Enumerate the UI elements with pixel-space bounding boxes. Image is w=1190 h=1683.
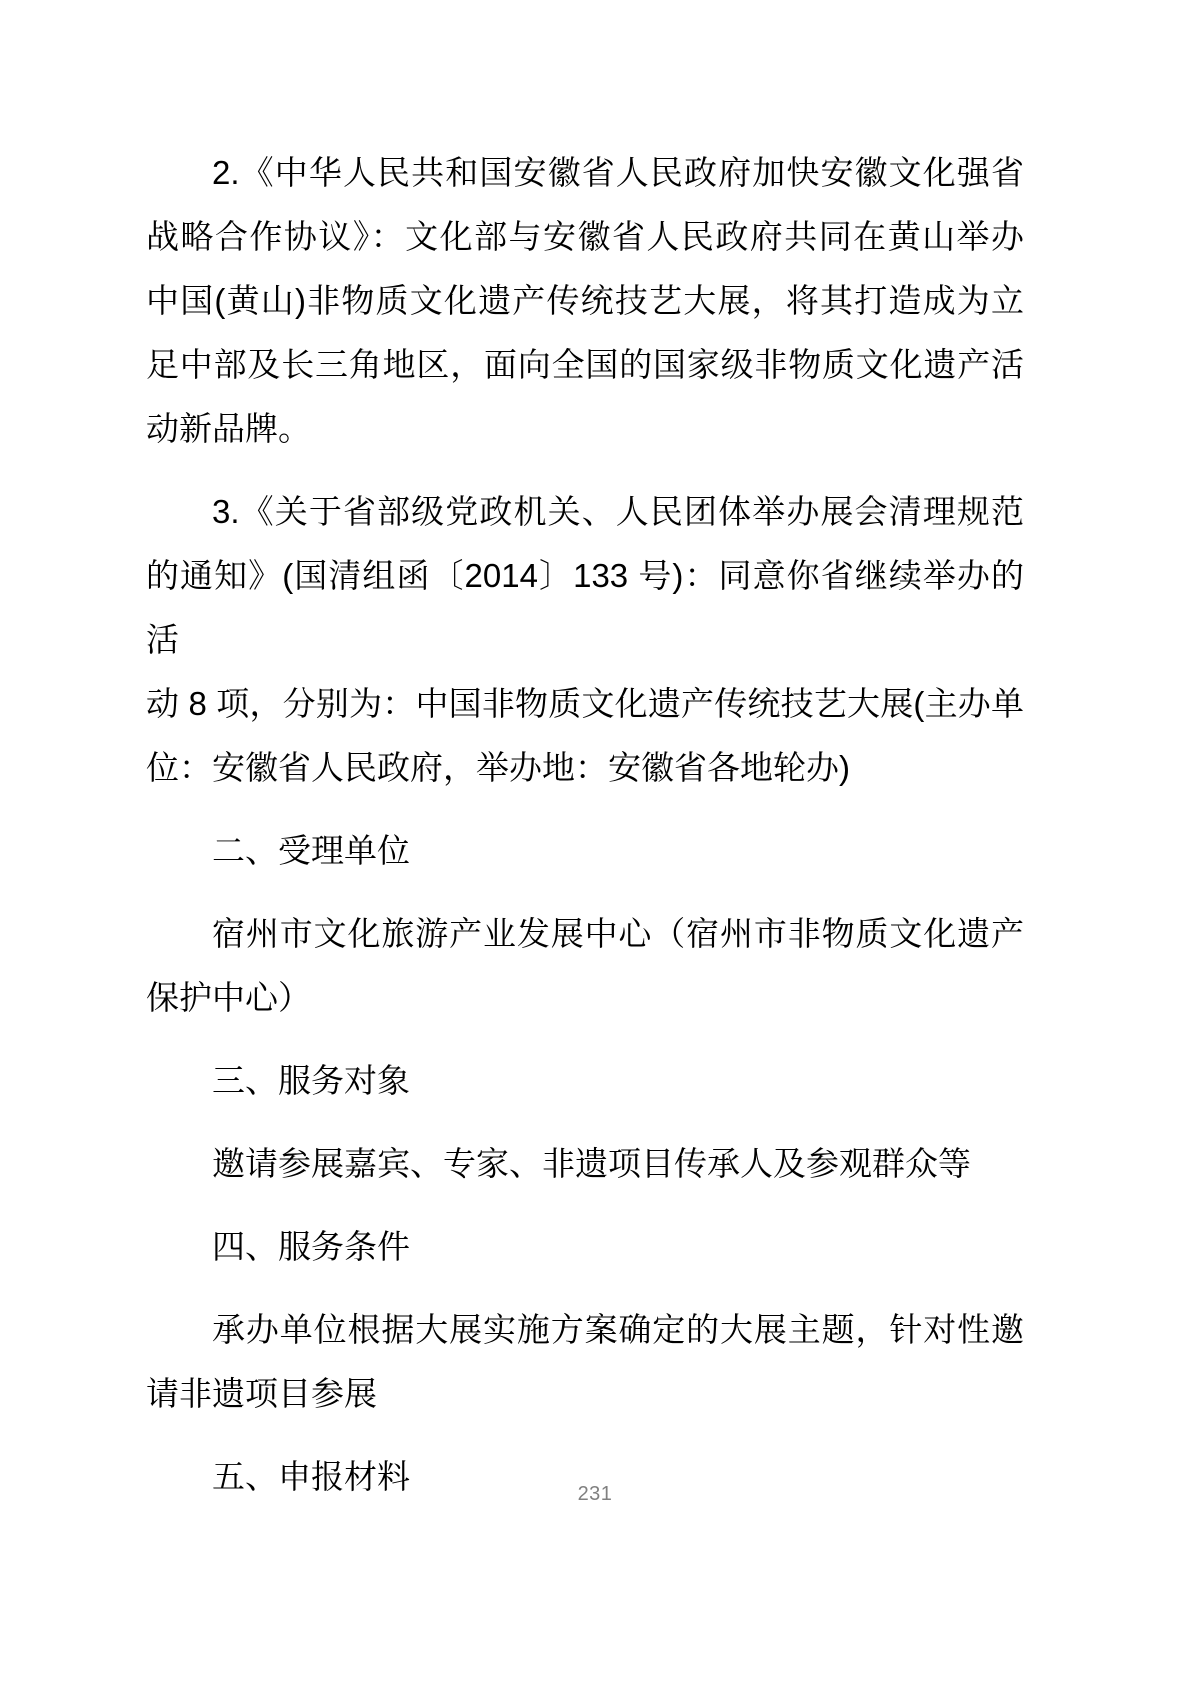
text-line: 动新品牌。 bbox=[146, 397, 1024, 461]
text-line: 3.《关于省部级党政机关、人民团体举办展会清理规范 bbox=[146, 480, 1024, 544]
page-footer: 231 bbox=[0, 1482, 1190, 1506]
paragraph-item-3: 3.《关于省部级党政机关、人民团体举办展会清理规范的通知》(国清组函〔2014〕… bbox=[146, 480, 1024, 800]
text-line: 邀请参展嘉宾、专家、非遗项目传承人及参观群众等 bbox=[146, 1132, 1024, 1196]
paragraph-item-2: 2.《中华人民共和国安徽省人民政府加快安徽文化强省战略合作协议》：文化部与安徽省… bbox=[146, 141, 1024, 461]
paragraph-service-condition: 承办单位根据大展实施方案确定的大展主题，针对性邀请非遗项目参展 bbox=[146, 1298, 1024, 1426]
paragraph-service-target: 邀请参展嘉宾、专家、非遗项目传承人及参观群众等 bbox=[146, 1132, 1024, 1196]
document-body: 2.《中华人民共和国安徽省人民政府加快安徽文化强省战略合作协议》：文化部与安徽省… bbox=[146, 141, 1024, 1528]
text-line: 保护中心） bbox=[146, 966, 1024, 1030]
text-line: 三、服务对象 bbox=[146, 1049, 1024, 1113]
text-line: 四、服务条件 bbox=[146, 1215, 1024, 1279]
page-number: 231 bbox=[578, 1483, 613, 1505]
document-page: 2.《中华人民共和国安徽省人民政府加快安徽文化强省战略合作协议》：文化部与安徽省… bbox=[0, 0, 1190, 1683]
text-line: 请非遗项目参展 bbox=[146, 1362, 1024, 1426]
text-line: 承办单位根据大展实施方案确定的大展主题，针对性邀 bbox=[146, 1298, 1024, 1362]
text-line: 二、受理单位 bbox=[146, 819, 1024, 883]
heading-section-3: 三、服务对象 bbox=[146, 1049, 1024, 1113]
paragraph-accepting-unit: 宿州市文化旅游产业发展中心（宿州市非物质文化遗产保护中心） bbox=[146, 902, 1024, 1030]
heading-section-4: 四、服务条件 bbox=[146, 1215, 1024, 1279]
text-line: 宿州市文化旅游产业发展中心（宿州市非物质文化遗产 bbox=[146, 902, 1024, 966]
text-line: 中国(黄山)非物质文化遗产传统技艺大展，将其打造成为立 bbox=[146, 269, 1024, 333]
text-line: 战略合作协议》：文化部与安徽省人民政府共同在黄山举办 bbox=[146, 205, 1024, 269]
text-line: 位：安徽省人民政府，举办地：安徽省各地轮办) bbox=[146, 736, 1024, 800]
text-line: 动 8 项，分别为：中国非物质文化遗产传统技艺大展(主办单 bbox=[146, 672, 1024, 736]
text-line: 足中部及长三角地区，面向全国的国家级非物质文化遗产活 bbox=[146, 333, 1024, 397]
heading-section-2: 二、受理单位 bbox=[146, 819, 1024, 883]
text-line: 2.《中华人民共和国安徽省人民政府加快安徽文化强省 bbox=[146, 141, 1024, 205]
text-line: 的通知》(国清组函〔2014〕133 号)：同意你省继续举办的活 bbox=[146, 544, 1024, 672]
